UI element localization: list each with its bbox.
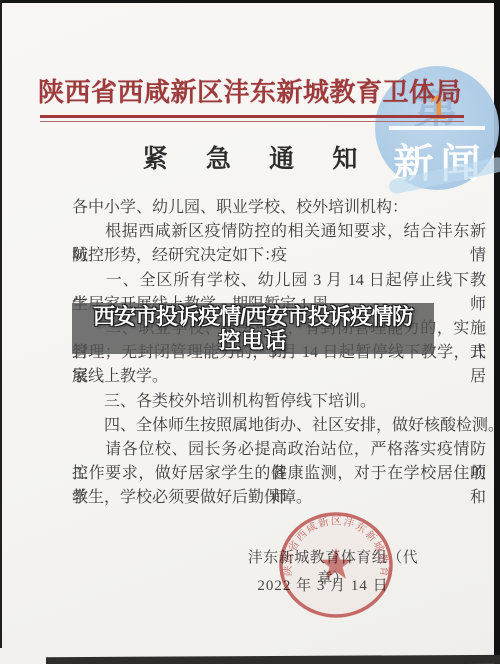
date-line: 2022 年 3 月 14 日 <box>238 574 408 595</box>
letterhead-title: 陕西省西咸新区沣东新城教育卫体局 <box>0 72 500 109</box>
body-line: 三、各类校外培训机构暂停线下培训。 <box>72 390 486 414</box>
body-line: 请各位校、园长务必提高政治站位，严格落实疫情防控各项 <box>72 438 486 462</box>
body-line: 根据西咸新区疫情防控的相关通知要求，结合沣东新城疫情 <box>72 220 486 244</box>
letterhead-rule <box>40 115 464 122</box>
frame-edge-bottom <box>46 655 500 664</box>
body-line: 各中小学、幼儿园、职业学校、校外培训机构： <box>72 196 486 220</box>
notice-title: 紧 急 通 知 <box>0 139 500 175</box>
body-line: 一、全区所有学校、幼儿园 3 月 14 日起停止线下教学，师 <box>72 269 486 293</box>
caption-line-2: 控电话 <box>218 329 287 353</box>
caption-overlay: 西安市投诉疫情/西安市投诉疫情防 控电话 <box>72 303 434 354</box>
body-line: 工作要求，做好居家学生的健康监测，对于在学校居住的教师和 <box>72 462 486 486</box>
body-line: 四、全体师生按照属地街办、社区安排，做好核酸检测。 <box>72 414 486 438</box>
caption-line-1: 西安市投诉疫情/西安市投诉疫情防 <box>93 304 413 329</box>
logo-divider-bar <box>389 126 485 130</box>
screenshot-frame: 第 1 新闻 陕西省西咸新区沣东新城教育卫体局 紧 急 通 知 各中小学、幼儿园… <box>0 0 500 664</box>
frame-edge-top <box>0 0 500 3</box>
